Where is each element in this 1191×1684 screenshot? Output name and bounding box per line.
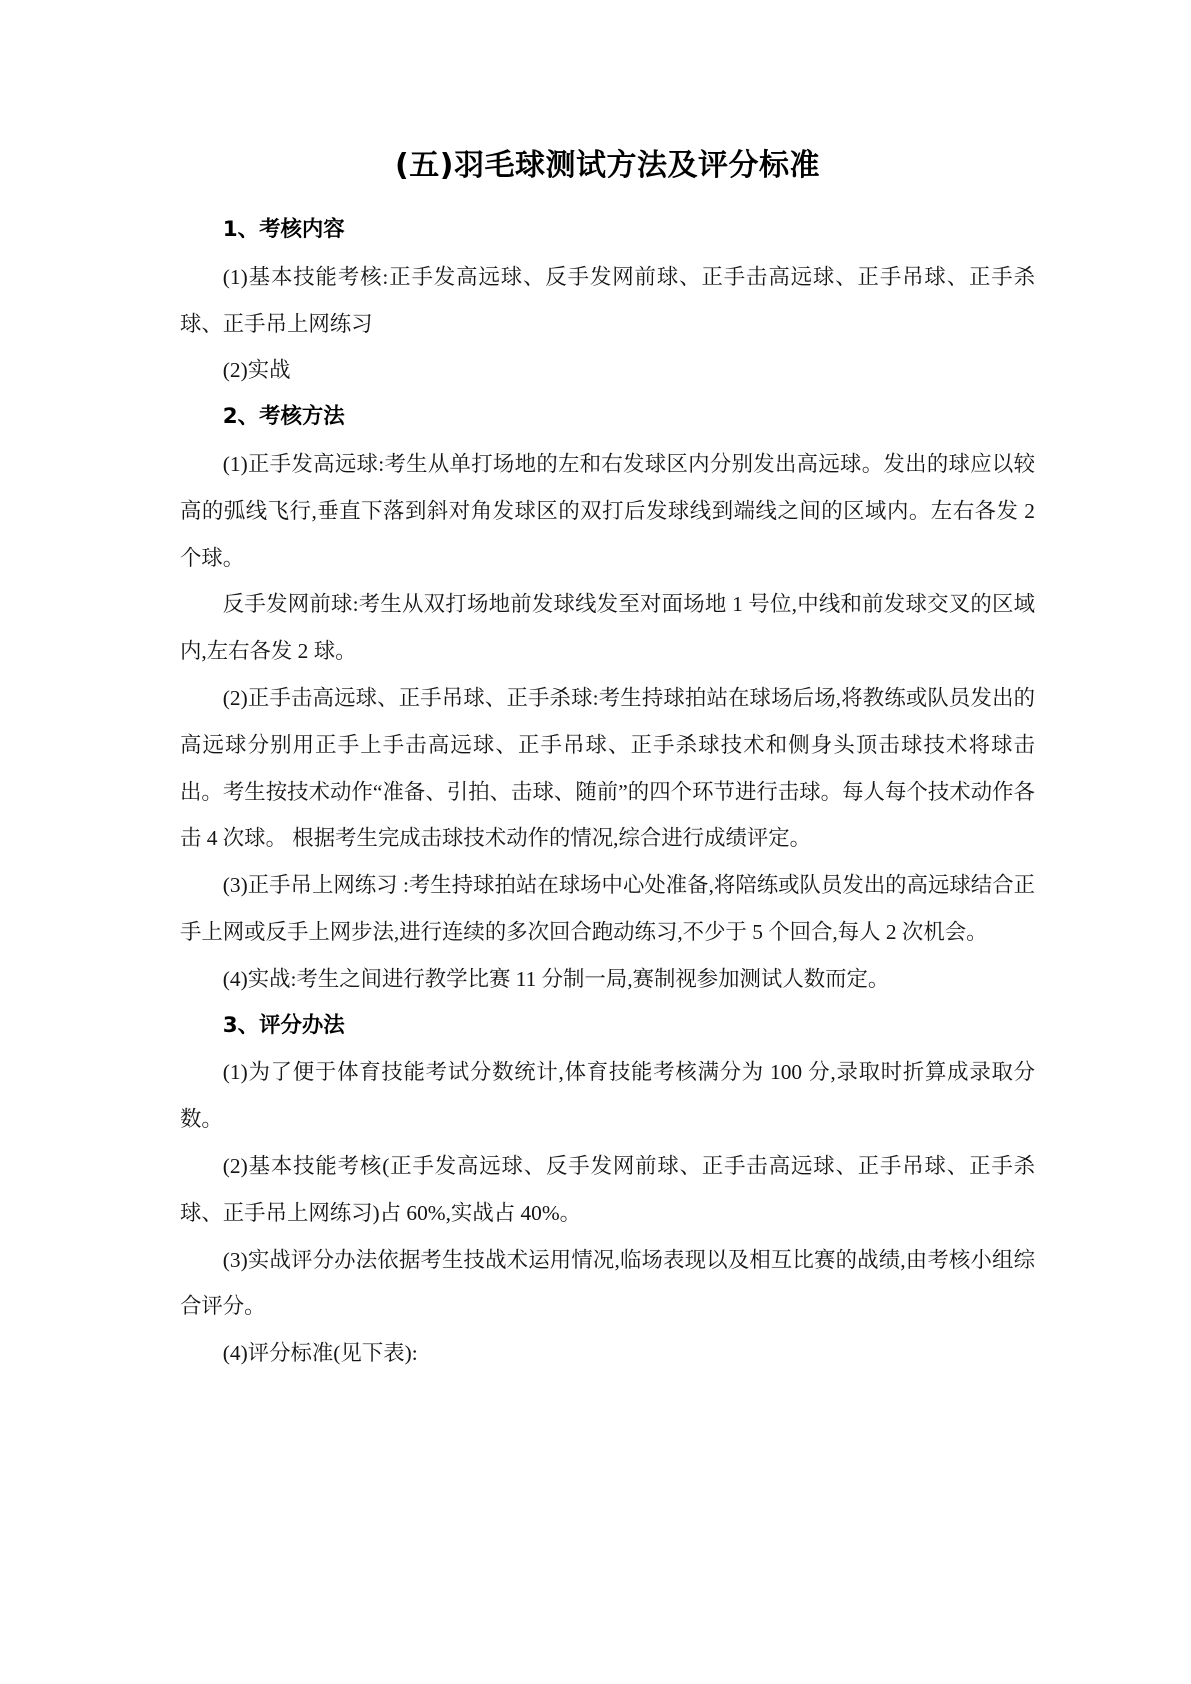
section-heading: 1、考核内容 (180, 207, 1035, 254)
document-title: (五)羽毛球测试方法及评分标准 (180, 145, 1035, 187)
paragraph: (2)实战 (180, 347, 1035, 394)
paragraph: (3)正手吊上网练习 :考生持球拍站在球场中心处准备,将陪练或队员发出的高远球结… (180, 862, 1035, 956)
paragraph: (1)为了便于体育技能考试分数统计,体育技能考核满分为 100 分,录取时折算成… (180, 1049, 1035, 1143)
section-heading: 2、考核方法 (180, 394, 1035, 441)
paragraph: (2)基本技能考核(正手发高远球、反手发网前球、正手击高远球、正手吊球、正手杀球… (180, 1143, 1035, 1237)
document-body: 1、考核内容(1)基本技能考核:正手发高远球、反手发网前球、正手击高远球、正手吊… (180, 207, 1035, 1377)
paragraph: (2)正手击高远球、正手吊球、正手杀球:考生持球拍站在球场后场,将教练或队员发出… (180, 675, 1035, 862)
paragraph: (1)基本技能考核:正手发高远球、反手发网前球、正手击高远球、正手吊球、正手杀球… (180, 254, 1035, 348)
paragraph: (3)实战评分办法依据考生技战术运用情况,临场表现以及相互比赛的战绩,由考核小组… (180, 1237, 1035, 1331)
document-page: (五)羽毛球测试方法及评分标准 1、考核内容(1)基本技能考核:正手发高远球、反… (0, 0, 1191, 1684)
paragraph: 反手发网前球:考生从双打场地前发球线发至对面场地 1 号位,中线和前发球交叉的区… (180, 581, 1035, 675)
paragraph: (4)实战:考生之间进行教学比赛 11 分制一局,赛制视参加测试人数而定。 (180, 956, 1035, 1003)
paragraph: (1)正手发高远球:考生从单打场地的左和右发球区内分别发出高远球。发出的球应以较… (180, 441, 1035, 581)
paragraph: (4)评分标准(见下表): (180, 1330, 1035, 1377)
section-heading: 3、评分办法 (180, 1003, 1035, 1050)
